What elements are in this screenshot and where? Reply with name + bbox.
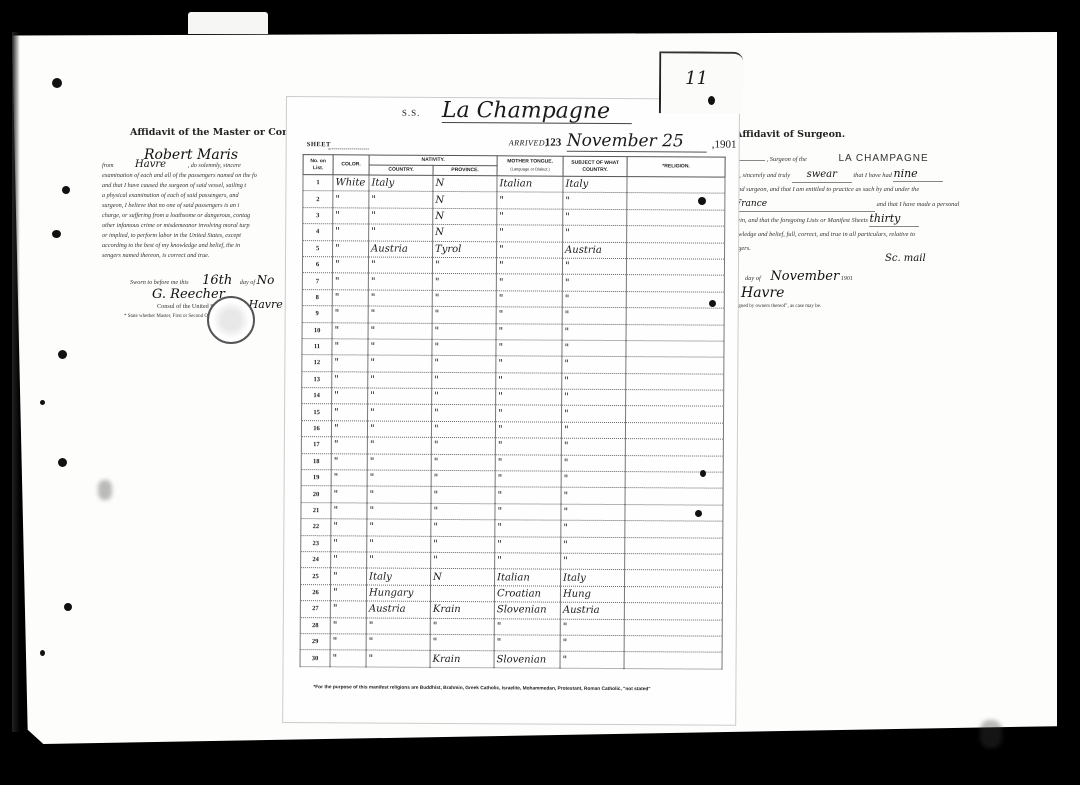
cell-country: ": [367, 552, 431, 569]
surgeon-line: ly, sincerely and truly: [735, 172, 790, 179]
cell-no: 4: [303, 224, 333, 241]
cell-color: ": [332, 257, 368, 274]
cell-color: ": [332, 404, 368, 421]
cell-color: ": [332, 388, 368, 405]
cell-no: 5: [303, 240, 333, 257]
affidavit-line: according to the best of my knowledge an…: [102, 241, 292, 251]
cell-country: ": [367, 470, 431, 487]
cell-country: ": [369, 208, 433, 225]
cell-country: ": [369, 224, 433, 241]
cell-color: ": [330, 617, 366, 634]
cell-subject: ": [562, 275, 626, 292]
consular-seal: [207, 296, 255, 344]
cell-no: 12: [302, 355, 332, 372]
cell-subject: ": [561, 553, 625, 570]
cell-tongue: ": [497, 241, 563, 258]
cell-no: 17: [301, 437, 331, 454]
cell-no: 14: [302, 388, 332, 405]
sworn-year: 1901: [841, 276, 853, 282]
cell-religion: [625, 570, 723, 587]
cell-country: ": [368, 273, 432, 290]
cell-subject: ": [563, 193, 627, 210]
cell-color: ": [332, 355, 368, 372]
cell-tongue: ": [496, 389, 562, 406]
cell-country: Italy: [367, 568, 431, 585]
cell-tongue: ": [496, 372, 562, 389]
cell-religion: [625, 439, 723, 456]
cell-country: ": [366, 618, 430, 635]
cell-color: ": [331, 535, 367, 552]
cell-subject: Austria: [563, 242, 627, 259]
cell-tongue: ": [495, 471, 561, 488]
cell-color: White: [333, 175, 369, 192]
cell-color: ": [333, 208, 369, 225]
cell-color: ": [332, 339, 368, 356]
affidavit-line: charge, or suffering from a loathsome or…: [102, 211, 292, 221]
day-of-label: day of: [745, 275, 761, 282]
surgeon-footnote: signed by owners thereof", as case may b…: [735, 300, 1025, 314]
cell-province: ": [431, 470, 495, 487]
sworn-day: 16th: [202, 273, 232, 288]
cell-color: ": [331, 486, 367, 503]
cell-subject: ": [560, 619, 624, 636]
cell-religion: [625, 554, 723, 571]
cell-province: ": [432, 323, 496, 340]
corner-mark: 11: [685, 68, 708, 89]
ink-blot: [708, 96, 715, 105]
cell-religion: [627, 242, 725, 259]
cell-subject: ": [561, 471, 625, 488]
cell-no: 23: [301, 535, 331, 552]
cell-tongue: Italian: [495, 569, 561, 586]
cell-no: 16: [301, 420, 331, 437]
cell-color: ": [333, 240, 369, 257]
surgeon-line: and surgeon, and that I am entitled to p…: [735, 183, 1025, 197]
cell-color: ": [331, 568, 367, 585]
cell-subject: ": [561, 455, 625, 472]
surgeon-line: rein, and that the foregoing Lists or Ma…: [735, 217, 868, 224]
col-country: COUNTRY.: [369, 165, 433, 175]
master-affidavit: Affidavit of the Master or Command Rober…: [102, 128, 292, 322]
cell-country: ": [366, 634, 430, 651]
cell-religion: [626, 324, 724, 341]
cell-province: Krain: [430, 651, 494, 668]
cell-tongue: ": [496, 340, 562, 357]
col-religion: *RELIGION.: [627, 157, 725, 178]
sheets-count-hand: thirty: [869, 212, 919, 227]
cell-province: Tyrol: [433, 241, 497, 258]
cell-religion: [626, 259, 724, 276]
cell-province: ": [432, 290, 496, 307]
cell-country: Italy: [369, 175, 433, 192]
cell-color: ": [331, 552, 367, 569]
table-row: 30""KrainSlovenian": [300, 650, 722, 669]
cell-subject: ": [562, 340, 626, 357]
cell-no: 11: [302, 339, 332, 356]
sheet-number-field: [329, 148, 369, 149]
cell-no: 27: [300, 601, 330, 618]
affidavit-line: a physical examination of each of said p…: [102, 191, 292, 201]
punch-hole: [40, 650, 45, 656]
cell-country: Hungary: [366, 585, 430, 602]
cell-tongue: ": [496, 356, 562, 373]
cell-no: 10: [302, 322, 332, 339]
cell-religion: [626, 340, 724, 357]
religion-footnote: *For the purpose of this manifest religi…: [313, 685, 650, 692]
cell-country: ": [368, 355, 432, 372]
surgeon-line: that I have had: [853, 172, 892, 179]
ink-blot: [709, 300, 716, 307]
cell-subject: Hung: [560, 586, 624, 603]
cell-province: ": [430, 618, 494, 635]
vessel-stamp: LA CHAMPAGNE: [838, 153, 928, 164]
cell-tongue: ": [494, 618, 560, 635]
surgeon-affidavit: Affidavit of Surgeon. , Surgeon of the L…: [735, 128, 1025, 314]
cell-province: ": [432, 307, 496, 324]
cell-country: ": [367, 519, 431, 536]
col-province: PROVINCE.: [433, 165, 497, 175]
cell-color: ": [332, 273, 368, 290]
stain: [98, 480, 112, 500]
sworn-label: Sworn to before me this: [130, 279, 189, 286]
cell-country: ": [367, 437, 431, 454]
paper-tab: [188, 12, 268, 34]
cell-province: ": [431, 421, 495, 438]
ship-name: La Champagne: [442, 100, 632, 124]
cell-tongue: ": [494, 635, 560, 652]
cell-subject: ": [562, 406, 626, 423]
cell-province: ": [432, 274, 496, 291]
cell-color: ": [331, 437, 367, 454]
cell-religion: [625, 472, 723, 489]
cell-tongue: ": [496, 258, 562, 275]
cell-province: Krain: [430, 602, 494, 619]
affidavit-line: , do solemnly, sincere: [188, 162, 241, 169]
punch-hole: [62, 186, 70, 194]
cell-no: 19: [301, 470, 331, 487]
cell-subject: ": [562, 324, 626, 341]
cell-tongue: ": [495, 422, 561, 439]
cell-subject: ": [562, 389, 626, 406]
cell-tongue: Slovenian: [494, 651, 560, 668]
ink-blot: [700, 470, 706, 477]
surgeon-signature: Sc. mail: [885, 252, 1025, 266]
sworn-place: Havre: [741, 286, 1025, 300]
cell-subject: ": [561, 488, 625, 505]
manifest-sheet: S.S. La Champagne SHEET ARRIVED, 123 Nov…: [283, 97, 739, 725]
cell-province: N: [433, 208, 497, 225]
cell-no: 13: [302, 371, 332, 388]
cell-tongue: ": [495, 520, 561, 537]
cell-tongue: ": [495, 536, 561, 553]
cell-tongue: ": [497, 209, 563, 226]
cell-province: ": [432, 356, 496, 373]
cell-religion: [624, 619, 722, 636]
cell-color: ": [331, 470, 367, 487]
cell-religion: [625, 422, 723, 439]
cell-subject: ": [561, 520, 625, 537]
cell-country: ": [368, 323, 432, 340]
cell-no: 15: [302, 404, 332, 421]
cell-subject: ": [561, 438, 625, 455]
cell-no: 22: [301, 519, 331, 536]
cell-country: ": [366, 650, 430, 667]
cell-color: ": [331, 503, 367, 520]
cell-no: 3: [303, 207, 333, 224]
cell-tongue: Croatian: [494, 586, 560, 603]
cell-province: ": [431, 536, 495, 553]
cell-religion: [625, 488, 723, 505]
cell-religion: [624, 652, 722, 669]
punch-hole: [58, 458, 67, 467]
cell-no: 9: [302, 306, 332, 323]
cell-no: 25: [301, 568, 331, 585]
cell-country: ": [368, 306, 432, 323]
cell-subject: ": [561, 504, 625, 521]
cell-no: 21: [301, 502, 331, 519]
cell-tongue: Italian: [497, 176, 563, 193]
cell-subject: Austria: [560, 602, 624, 619]
affidavit-line: examination of each and all of the passe…: [102, 171, 292, 181]
cell-subject: ": [562, 291, 626, 308]
cell-country: ": [368, 404, 432, 421]
cell-country: ": [369, 191, 433, 208]
cell-tongue: ": [496, 274, 562, 291]
cell-religion: [626, 275, 724, 292]
cell-province: ": [431, 454, 495, 471]
cell-subject: ": [560, 635, 624, 652]
cell-tongue: ": [495, 504, 561, 521]
cell-no: 7: [302, 273, 332, 290]
cell-province: [430, 585, 494, 602]
cell-religion: [626, 308, 724, 325]
cell-religion: [627, 226, 725, 243]
cell-no: 8: [302, 289, 332, 306]
cell-color: ": [332, 290, 368, 307]
cell-province: ": [432, 257, 496, 274]
cell-color: ": [330, 650, 366, 667]
from-label: from: [102, 162, 113, 169]
cell-subject: ": [560, 652, 624, 669]
cell-province: N: [433, 175, 497, 192]
arrived-year: ,1901: [712, 139, 737, 151]
stain: [980, 720, 1002, 748]
cell-religion: [626, 357, 724, 374]
cell-color: ": [330, 601, 366, 618]
cell-country: ": [368, 372, 432, 389]
col-subject: SUBJECT OF WHAT COUNTRY.: [563, 156, 627, 176]
cell-country: ": [368, 339, 432, 356]
sworn-month: No: [257, 273, 275, 287]
cell-subject: ": [561, 537, 625, 554]
cell-province: ": [430, 634, 494, 651]
cell-province: ": [431, 552, 495, 569]
surgeon-of-label: , Surgeon of the: [767, 156, 807, 163]
cell-color: ": [331, 453, 367, 470]
cell-color: ": [332, 322, 368, 339]
cell-religion: [625, 504, 723, 521]
cell-province: N: [433, 192, 497, 209]
cell-color: ": [332, 306, 368, 323]
cell-subject: ": [562, 356, 626, 373]
cell-country: Austria: [369, 241, 433, 258]
cell-subject: ": [563, 209, 627, 226]
cell-province: ": [432, 405, 496, 422]
cell-no: 2: [303, 191, 333, 208]
cell-color: ": [330, 585, 366, 602]
cell-no: 28: [300, 617, 330, 634]
affidavit-line: or implied, to perform labor in the Unit…: [102, 231, 292, 241]
cell-tongue: ": [496, 323, 562, 340]
cell-no: 29: [300, 634, 330, 651]
cell-religion: [624, 586, 722, 603]
cell-province: ": [432, 339, 496, 356]
cell-no: 24: [301, 552, 331, 569]
cell-no: 30: [300, 650, 330, 667]
punch-hole: [64, 603, 72, 611]
arrived-label: ARRIVED,: [509, 138, 548, 147]
cell-country: Austria: [366, 601, 430, 618]
cell-tongue: ": [497, 225, 563, 242]
page-edge-shadow: [12, 32, 20, 732]
cell-province: N: [431, 569, 495, 586]
sheet-label: SHEET: [307, 141, 331, 148]
ink-blot: [698, 197, 706, 205]
col-mother-tongue: MOTHER TONGUE.(Language or Dialect.): [497, 156, 563, 176]
cell-tongue: ": [496, 291, 562, 308]
cell-subject: ": [563, 225, 627, 242]
cell-tongue: ": [495, 454, 561, 471]
cell-subject: ": [562, 373, 626, 390]
punch-hole: [52, 230, 61, 238]
surgeon-line: owledge and belief, full, correct, and t…: [735, 228, 1025, 242]
affidavit-line: other infamous crime or misdemeanor invo…: [102, 221, 292, 231]
cell-province: ": [431, 503, 495, 520]
affidavit-line: and that I have caused the surgeon of sa…: [102, 181, 292, 191]
cell-province: ": [431, 438, 495, 455]
cell-subject: ": [562, 258, 626, 275]
day-of-label: day of: [240, 279, 255, 286]
master-name: Robert Maris: [144, 150, 292, 160]
cell-subject: ": [561, 422, 625, 439]
cell-color: ": [330, 634, 366, 651]
cell-color: ": [331, 519, 367, 536]
col-color: COLOR.: [333, 155, 369, 175]
cell-religion: [627, 177, 725, 194]
sworn-month: November: [770, 269, 839, 284]
cell-religion: [627, 193, 725, 210]
manifest-table: No. on List. COLOR. NATIVITY. MOTHER TON…: [300, 154, 726, 669]
punch-hole: [52, 78, 62, 88]
ink-blot: [695, 510, 702, 517]
cell-religion: [625, 537, 723, 554]
cell-tongue: ": [497, 192, 563, 209]
cell-tongue: ": [495, 487, 561, 504]
cell-religion: [625, 521, 723, 538]
arrived-date: November 25: [567, 131, 707, 153]
cell-subject: Italy: [563, 176, 627, 193]
cell-no: 1: [303, 175, 333, 192]
cell-religion: [625, 455, 723, 472]
cell-no: 20: [301, 486, 331, 503]
cell-country: ": [367, 454, 431, 471]
swear-hand: swear: [792, 168, 852, 183]
cell-tongue: Slovenian: [494, 602, 560, 619]
cell-religion: [624, 636, 722, 653]
cell-color: ": [331, 421, 367, 438]
cell-country: ": [368, 290, 432, 307]
affidavit-line: surgeon, I believe that no one of said p…: [102, 201, 292, 211]
affidavit-line: sengers named thereon, is correct and tr…: [102, 251, 292, 261]
punch-hole: [58, 350, 67, 359]
country-hand: France: [735, 197, 875, 212]
cell-province: ": [431, 520, 495, 537]
surgeon-affidavit-title: Affidavit of Surgeon.: [735, 128, 1025, 142]
cell-religion: [626, 406, 724, 423]
punch-hole: [40, 400, 45, 405]
consul-place: Havre: [249, 298, 283, 311]
surgeon-line: and that I have made a personal: [877, 201, 960, 208]
cell-province: ": [432, 388, 496, 405]
from-place: Havre: [135, 159, 166, 170]
cell-color: ": [332, 371, 368, 388]
cell-religion: [624, 603, 722, 620]
cell-tongue: ": [496, 405, 562, 422]
cell-religion: [626, 373, 724, 390]
cell-country: ": [368, 388, 432, 405]
cell-no: 26: [300, 584, 330, 601]
cell-tongue: ": [495, 438, 561, 455]
years-hand: nine: [893, 167, 943, 182]
cell-no: 6: [302, 257, 332, 274]
master-affidavit-title: Affidavit of the Master or Command: [130, 128, 292, 138]
cell-country: ": [368, 257, 432, 274]
cell-province: N: [433, 225, 497, 242]
arrived-stamp: 123: [545, 137, 562, 149]
cell-country: ": [367, 503, 431, 520]
cell-religion: [626, 390, 724, 407]
ss-label: S.S.: [402, 108, 421, 118]
cell-religion: [627, 209, 725, 226]
cell-no: 18: [301, 453, 331, 470]
cell-province: ": [431, 487, 495, 504]
cell-color: ": [333, 191, 369, 208]
cell-tongue: ": [496, 307, 562, 324]
cell-tongue: ": [495, 553, 561, 570]
cell-country: ": [367, 536, 431, 553]
cell-province: ": [432, 372, 496, 389]
cell-subject: ": [562, 307, 626, 324]
cell-country: ": [367, 486, 431, 503]
cell-subject: Italy: [561, 570, 625, 587]
cell-color: ": [333, 224, 369, 241]
col-no: No. on List.: [303, 155, 333, 175]
cell-country: ": [367, 421, 431, 438]
